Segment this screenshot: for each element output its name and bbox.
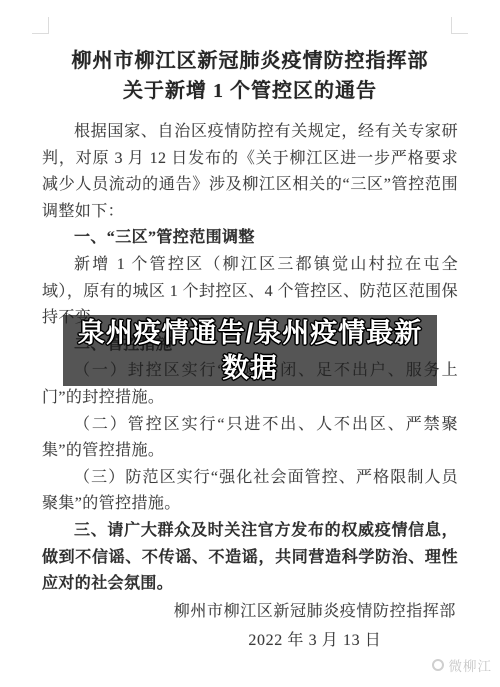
headline-overlay-text: 泉州疫情通告/泉州疫情最新数据 [63,316,437,386]
page-corner-mark-right [451,17,468,34]
document-page: 柳州市柳江区新冠肺炎疫情防控指挥部 关于新增 1 个管控区的通告 根据国家、自治… [0,0,500,687]
watermark: 微柳江 [432,655,493,675]
notice-title-line1: 柳州市柳江区新冠肺炎疫情防控指挥部 [42,46,458,76]
headline-overlay-bar: 泉州疫情通告/泉州疫情最新数据 [63,315,437,386]
paragraph-public-appeal: 三、请广大群众及时关注官方发布的权威疫情信息，做到不信谣、不传谣、不造谣，共同营… [42,518,458,598]
signature-block: 柳州市柳江区新冠肺炎疫情防控指挥部 2022 年 3 月 13 日 [174,597,456,655]
paragraph-intro: 根据国家、自治区疫情防控有关规定，经有关专家研判，对原 3 月 12 日发布的《… [42,119,458,225]
watermark-label: 微柳江 [449,655,493,675]
liujiang-account-logo-icon [432,659,444,671]
page-corner-mark-left [32,17,49,34]
paragraph-precaution-zone: （三）防范区实行“强化社会面管控、严格限制人员聚集”的管控措施。 [42,465,458,518]
signature-issuer: 柳州市柳江区新冠肺炎疫情防控指挥部 [174,597,456,626]
section-heading-zone-adjust: 一、“三区”管控范围调整 [42,225,458,252]
notice-title-line2: 关于新增 1 个管控区的通告 [42,76,458,106]
signature-date: 2022 年 3 月 13 日 [174,626,456,655]
notice-title: 柳州市柳江区新冠肺炎疫情防控指挥部 关于新增 1 个管控区的通告 [42,46,458,106]
paragraph-control-zone: （二）管控区实行“只进不出、人不出区、严禁聚集”的管控措施。 [42,412,458,465]
